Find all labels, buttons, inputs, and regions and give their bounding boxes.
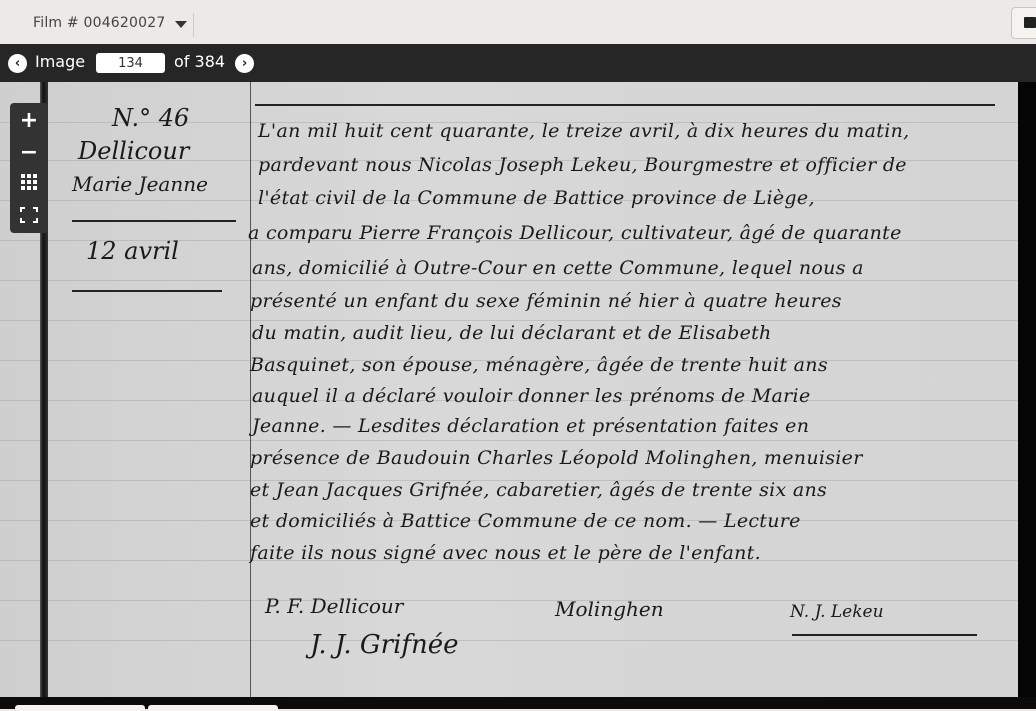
bottom-tab[interactable] — [148, 705, 278, 709]
bottom-tab[interactable] — [15, 705, 145, 709]
record-line: Jeanne. — Lesdites déclaration et présen… — [252, 415, 809, 437]
record-line: et domiciliés à Battice Commune de ce no… — [250, 510, 801, 532]
margin-line — [250, 82, 251, 707]
image-label: Image — [35, 52, 85, 71]
record-line: du matin, audit lieu, de lui déclarant e… — [252, 322, 772, 344]
zoom-controls: + − — [10, 103, 48, 233]
caret-down-icon[interactable] — [175, 21, 187, 28]
signature-officer: N. J. Lekeu — [790, 602, 884, 622]
scan-border — [1018, 82, 1036, 709]
zoom-in-button[interactable]: + — [10, 105, 48, 135]
record-line: L'an mil huit cent quarante, le treize a… — [258, 120, 909, 142]
print-button[interactable] — [1011, 7, 1036, 39]
entry-surname: Dellicour — [78, 137, 189, 165]
grid-icon — [21, 174, 37, 190]
record-line: faite ils nous signé avec nous et le pèr… — [250, 542, 761, 564]
record-line: et Jean Jacques Grifnée, cabaretier, âgé… — [250, 479, 827, 501]
record-line: présenté un enfant du sexe féminin né hi… — [250, 290, 842, 312]
plus-icon: + — [20, 108, 38, 133]
record-line: pardevant nous Nicolas Joseph Lekeu, Bou… — [258, 154, 907, 176]
image-number-input[interactable] — [96, 53, 165, 73]
entry-number: N.° 46 — [112, 104, 189, 132]
entry-given-names: Marie Jeanne — [72, 172, 208, 196]
signature-witness2: J. J. Grifnée — [310, 630, 459, 660]
entry-separator — [255, 104, 995, 106]
divider — [193, 13, 194, 37]
gallery-view-button[interactable] — [10, 167, 48, 197]
next-image-button[interactable]: › — [235, 54, 254, 73]
record-line: a comparu Pierre François Dellicour, cul… — [248, 222, 902, 244]
minus-icon: − — [20, 140, 38, 165]
record-line: l'état civil de la Commune de Battice pr… — [258, 187, 815, 209]
entry-date: 12 avril — [86, 237, 179, 265]
fullscreen-icon — [20, 207, 38, 223]
image-navigation-bar: ‹ Image of 384 › — [0, 44, 1036, 82]
film-number-label: Film # 004620027 — [33, 15, 165, 31]
top-toolbar: Film # 004620027 — [0, 0, 1036, 44]
record-line: auquel il a déclaré vouloir donner les p… — [252, 385, 810, 407]
record-line: Basquinet, son épouse, ménagère, âgée de… — [250, 354, 828, 376]
signature-father: P. F. Dellicour — [265, 594, 403, 618]
chevron-left-circle-icon: ‹ — [15, 57, 20, 70]
record-line: présence de Baudouin Charles Léopold Mol… — [250, 447, 863, 469]
fullscreen-button[interactable] — [10, 200, 48, 230]
image-total-label: of 384 — [174, 52, 225, 71]
document-image: N.° 46 Dellicour Marie Jeanne 12 avril L… — [0, 82, 1018, 702]
record-line: ans, domicilié à Outre-Cour en cette Com… — [252, 257, 864, 279]
chevron-right-circle-icon: › — [242, 57, 247, 70]
print-icon — [1024, 17, 1036, 28]
previous-image-button[interactable]: ‹ — [8, 54, 27, 73]
zoom-out-button[interactable]: − — [10, 137, 48, 167]
film-selector[interactable]: Film # 004620027 — [33, 15, 187, 31]
signature-witness1: Molinghen — [555, 597, 664, 621]
image-viewer[interactable]: N.° 46 Dellicour Marie Jeanne 12 avril L… — [0, 82, 1036, 709]
